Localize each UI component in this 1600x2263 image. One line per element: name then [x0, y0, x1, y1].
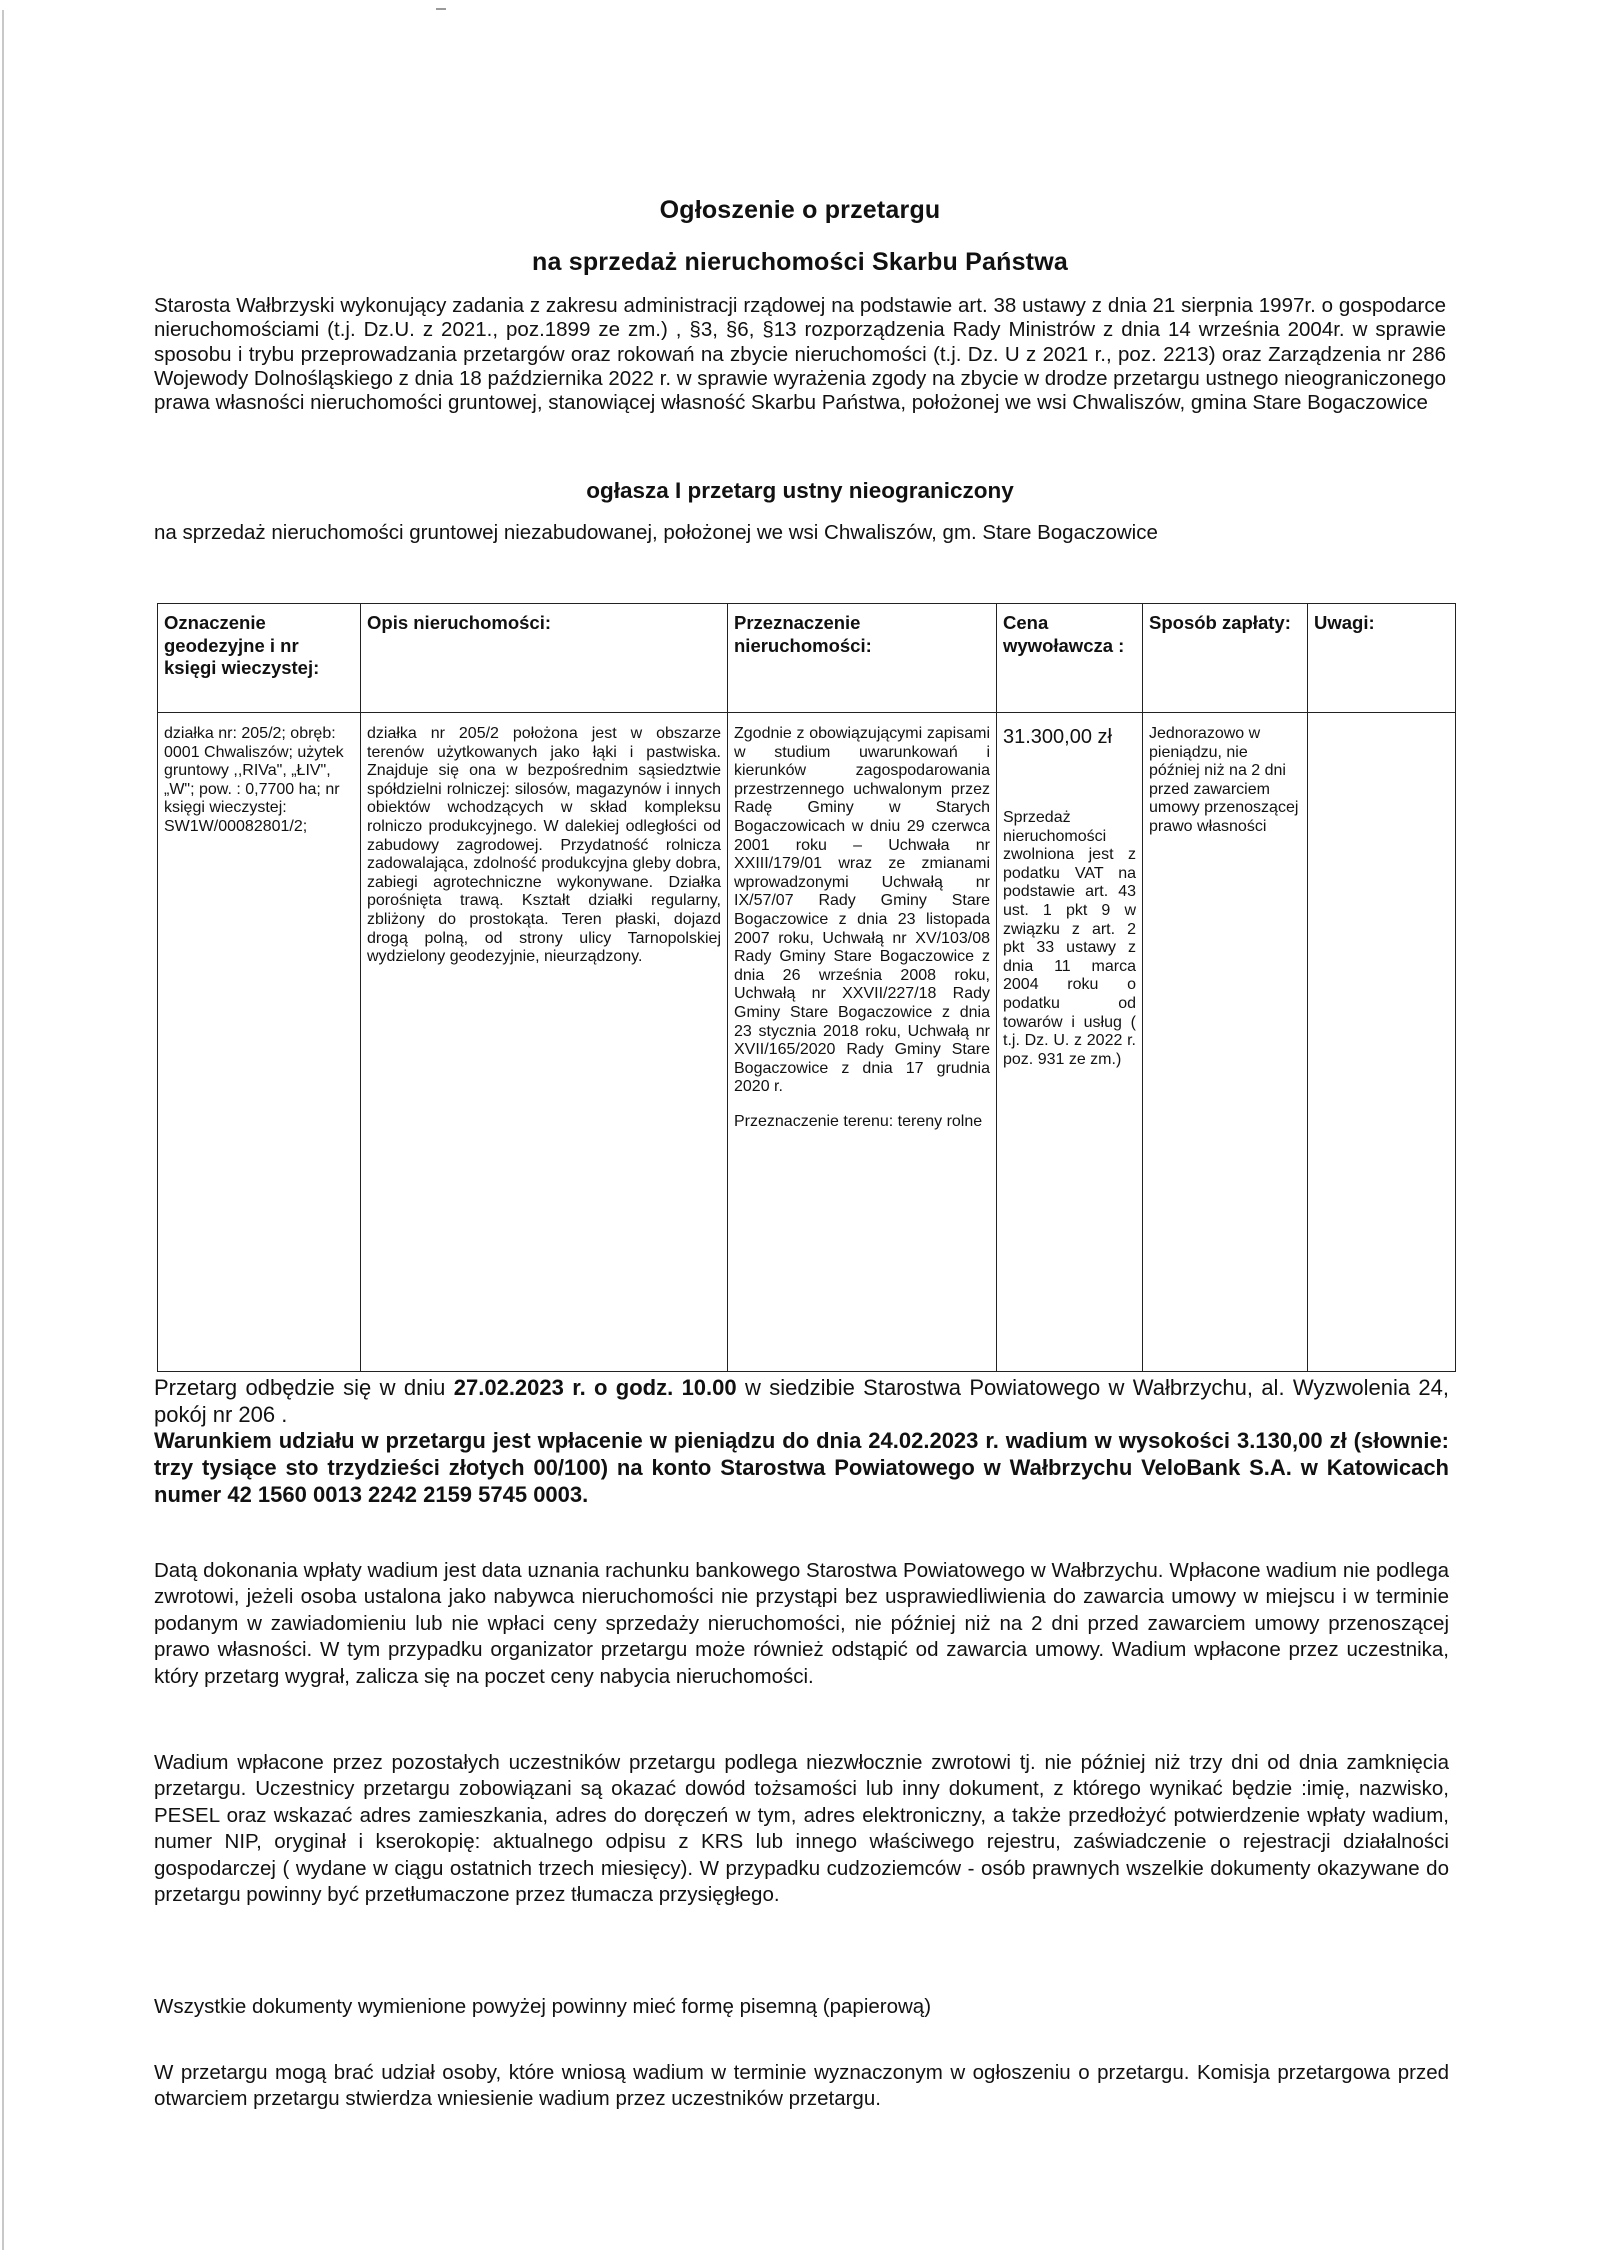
deposit-conditions: Warunkiem udziału w przetargu jest wpłac… — [154, 1427, 1449, 1508]
scan-edge-artifact — [2, 10, 4, 2250]
payment-text: Jednorazowo w pieniądzu, nie później niż… — [1149, 725, 1301, 837]
cell-purpose: Zgodnie z obowiązującymi zapisami w stud… — [728, 713, 997, 1372]
scan-mark — [436, 8, 446, 10]
table-row: działka nr: 205/2; obręb: 0001 Chwaliszó… — [158, 713, 1456, 1372]
property-table: Oznaczenie geodezyjne i nr księgi wieczy… — [157, 603, 1456, 1372]
vat-note: Sprzedaż nieruchomości zwolniona jest z … — [1003, 809, 1136, 1069]
header-remarks: Uwagi: — [1308, 604, 1456, 713]
cell-description: działka nr 205/2 położona jest w obszarz… — [361, 713, 728, 1372]
description-text: działka nr 205/2 położona jest w obszarz… — [367, 725, 721, 967]
purpose-text: Zgodnie z obowiązującymi zapisami w stud… — [734, 725, 990, 1097]
paragraph-refund: Wadium wpłacone przez pozostałych uczest… — [154, 1750, 1449, 1908]
cell-payment: Jednorazowo w pieniądzu, nie później niż… — [1143, 713, 1308, 1372]
header-price: Cena wywoławcza : — [997, 604, 1143, 713]
purpose-zoning-text: Przeznaczenie terenu: tereny rolne — [734, 1113, 990, 1132]
paragraph-payment-date: Datą dokonania wpłaty wadium jest data u… — [154, 1558, 1449, 1690]
auction-info: Przetarg odbędzie się w dniu 27.02.2023 … — [154, 1374, 1449, 1428]
header-payment: Sposób zapłaty: — [1143, 604, 1308, 713]
announcement-subject: na sprzedaż nieruchomości gruntowej niez… — [154, 521, 1158, 545]
cell-remarks — [1308, 713, 1456, 1372]
announcement-heading: ogłasza I przetarg ustny nieograniczony — [0, 478, 1600, 504]
document-subtitle: na sprzedaż nieruchomości Skarbu Państwa — [0, 248, 1600, 277]
paragraph-documents-form: Wszystkie dokumenty wymienione powyżej p… — [154, 1994, 1449, 2020]
auction-date-time: 27.02.2023 r. o godz. 10.00 — [454, 1375, 737, 1400]
starting-price: 31.300,00 zł — [1003, 725, 1136, 749]
header-designation: Oznaczenie geodezyjne i nr księgi wieczy… — [158, 604, 361, 713]
header-purpose: Przeznaczenie nieruchomości: — [728, 604, 997, 713]
table-header-row: Oznaczenie geodezyjne i nr księgi wieczy… — [158, 604, 1456, 713]
document-title: Ogłoszenie o przetargu — [0, 196, 1600, 225]
header-description: Opis nieruchomości: — [361, 604, 728, 713]
designation-text: działka nr: 205/2; obręb: 0001 Chwaliszó… — [164, 725, 354, 837]
paragraph-participants: W przetargu mogą brać udział osoby, któr… — [154, 2060, 1449, 2113]
cell-designation: działka nr: 205/2; obręb: 0001 Chwaliszó… — [158, 713, 361, 1372]
legal-basis-paragraph: Starosta Wałbrzyski wykonujący zadania z… — [154, 294, 1446, 415]
cell-price: 31.300,00 zł Sprzedaż nieruchomości zwol… — [997, 713, 1143, 1372]
auction-prefix: Przetarg odbędzie się w dniu — [154, 1375, 454, 1400]
